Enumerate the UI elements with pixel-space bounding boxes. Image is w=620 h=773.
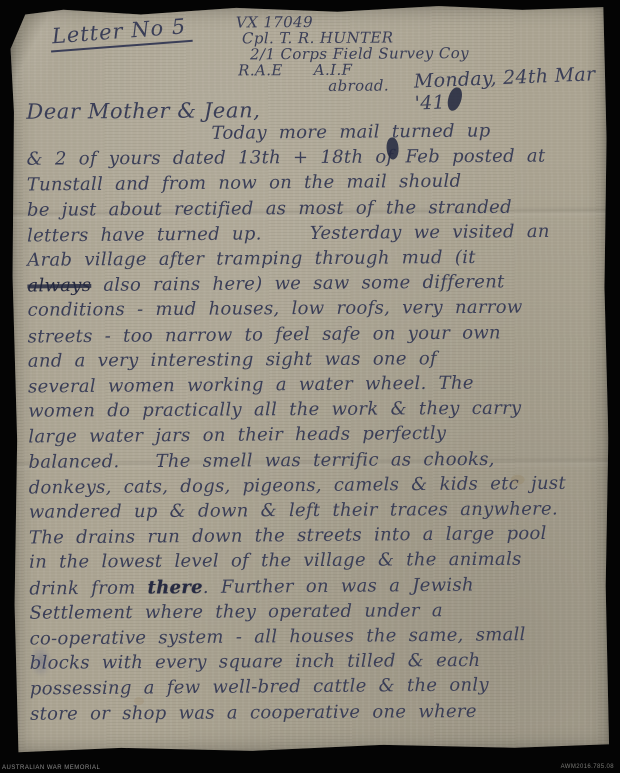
letter-line: co-operative system - all houses the sam… [29, 622, 595, 652]
line-text: store or shop was a cooperative one wher… [30, 701, 477, 725]
line-text: large water jars on their heads perfectl… [28, 423, 446, 448]
letter-page: Letter No 5 VX 17049 Cpl. T. R. HUNTER 2… [10, 4, 611, 754]
line-text: possessing a few well-bred cattle & the … [30, 675, 489, 700]
letter-line: The drains run down the streets into a l… [29, 521, 595, 551]
line-text: and a very interesting sight was one of [28, 348, 437, 371]
letter-date: Monday, 24th Mar '41 [413, 63, 605, 115]
sender-unit: 2/1 Corps Field Survey Coy [250, 45, 469, 62]
scanned-letter-view: Letter No 5 VX 17049 Cpl. T. R. HUNTER 2… [0, 0, 620, 773]
line-text: The drains run down the streets into a l… [29, 523, 547, 549]
line-text: Arab village after tramping through mud … [27, 247, 476, 271]
letter-line: Today more mail turned up [26, 118, 592, 148]
line-text: & 2 of yours dated 13th + 18th of Feb po… [27, 146, 546, 170]
archive-credit: AUSTRALIAN WAR MEMORIAL [2, 765, 100, 771]
line-text: several women working a water wheel. The [28, 373, 474, 398]
line-text: Tunstall and from now on the mail should [27, 171, 462, 196]
line-text: . Further on was a Jewish [203, 574, 474, 597]
line-text: blocks with every square inch tilled & e… [30, 650, 481, 674]
line-text: balanced. The smell was terrific as choo… [28, 449, 494, 473]
line-text: Settlement where they operated under a [29, 600, 443, 624]
letter-line: letters have turned up. Yesterday we vis… [27, 218, 593, 248]
line-text: wandered up & down & left their traces a… [29, 499, 558, 523]
letter-line: store or shop was a cooperative one wher… [30, 698, 596, 727]
line-text: in the lowest level of the village & the… [29, 549, 522, 573]
line-text: also rains here) we saw some different [91, 272, 505, 297]
line-text: letters have turned up. Yesterday we vis… [27, 221, 550, 247]
letter-line: drink from there. Further on was a Jewis… [29, 571, 595, 601]
overwritten-word: there [147, 577, 202, 598]
letter-line: always also rains here) we saw some diff… [27, 269, 593, 299]
line-text: streets - too narrow to feel safe on you… [28, 322, 501, 347]
letter-line: conditions - mud houses, low roofs, very… [28, 295, 594, 324]
archive-id: AWM2016.785.08 [561, 764, 614, 770]
letter-line: streets - too narrow to feel safe on you… [28, 319, 594, 349]
letter-line: several women working a water wheel. The [28, 370, 594, 400]
line-text: women do practically all the work & they… [28, 398, 521, 422]
letter-line: donkeys, cats, dogs, pigeons, camels & k… [29, 470, 595, 500]
line-text: conditions - mud houses, low roofs, very… [28, 297, 523, 321]
line-text: be just about rectified as most of the s… [27, 196, 512, 220]
line-text: donkeys, cats, dogs, pigeons, camels & k… [29, 473, 566, 499]
letter-line: be just about rectified as most of the s… [27, 194, 593, 223]
struck-word: always [27, 275, 91, 297]
letter-number: Letter No 5 [49, 14, 193, 53]
letter-line: in the lowest level of the village & the… [29, 547, 595, 576]
line-text: drink from [29, 577, 147, 599]
line-text: co-operative system - all houses the sam… [29, 624, 525, 649]
line-text: Today more mail turned up [211, 120, 490, 143]
letter-body: Today more mail turned up& 2 of yours da… [26, 118, 596, 726]
